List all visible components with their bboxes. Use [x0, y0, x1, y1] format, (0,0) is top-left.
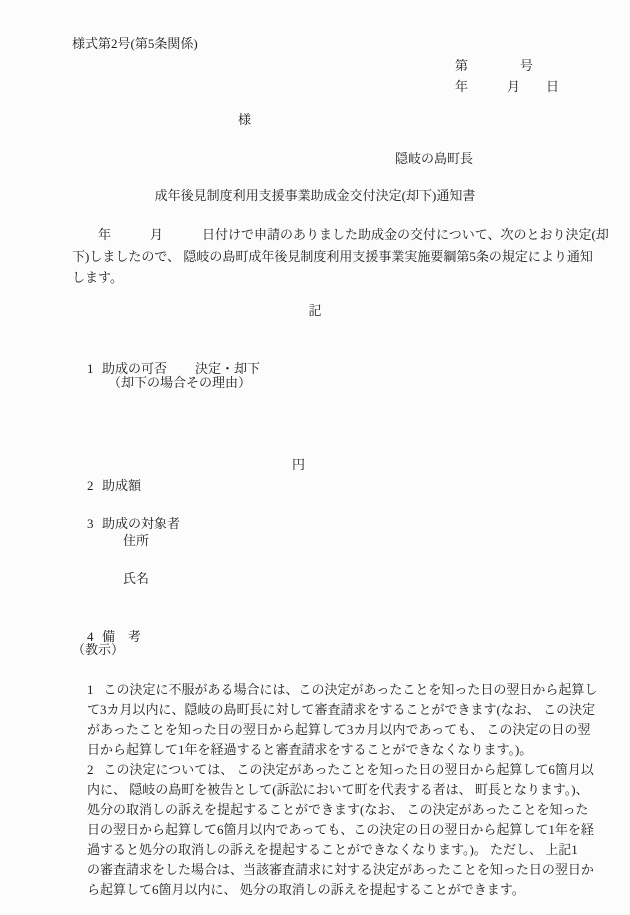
- item-1-number: 1: [87, 358, 102, 379]
- item-1-rejection-reason-label: （却下の場合その理由）: [108, 372, 251, 393]
- addressee-honorific: 様: [238, 109, 251, 130]
- notice-document-page: 様式第2号(第5条関係) 第 号 年 月 日 様 隠岐の島町長 成年後見制度利用…: [0, 0, 630, 915]
- item-3-label: 助成の対象者: [102, 516, 180, 531]
- item-3-grant-target: 3助成の対象者: [87, 492, 180, 534]
- form-number: 様式第2号(第5条関係): [72, 33, 198, 54]
- item-2-label: 助成額: [102, 478, 141, 493]
- item-2-currency-unit: 円: [292, 454, 305, 475]
- document-number-line: 第 号: [455, 55, 533, 76]
- item-3-name-label: 氏名: [123, 568, 149, 589]
- kyoji-note-2-number: 2: [87, 762, 94, 777]
- body-paragraph: 年 月 日付けで申請のありました助成金の交付について、次のとおり決定(却 下)し…: [72, 224, 609, 289]
- kyoji-heading: （教示）: [72, 639, 124, 660]
- document-date-line: 年 月 日: [455, 76, 559, 97]
- kyoji-note-1-number: 1: [87, 682, 94, 697]
- document-title: 成年後見制度利用支援事業助成金交付決定(却下)通知書: [0, 185, 630, 206]
- ki-marker: 記: [0, 300, 630, 321]
- item-3-address-label: 住所: [123, 530, 149, 551]
- kyoji-note-2: 2この決定については、 この決定があったことを知った日の翌日から起算して6箇月以…: [73, 740, 594, 900]
- issuer-name: 隠岐の島町長: [395, 148, 473, 169]
- item-2-grant-amount: 2助成額円: [87, 454, 141, 496]
- item-3-number: 3: [87, 513, 102, 534]
- kyoji-note-2-text: この決定については、 この決定があったことを知った日の翌日から起算して6箇月以 …: [87, 762, 594, 897]
